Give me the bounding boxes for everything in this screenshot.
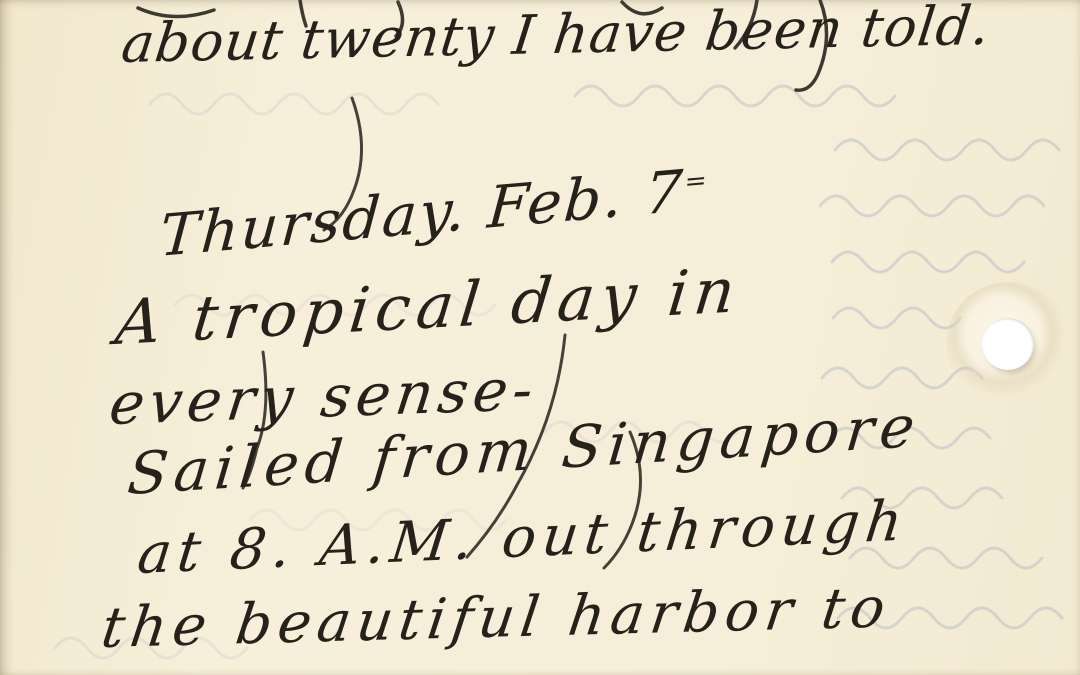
handwriting-line-2-date-heading: Thursday. Feb. 7= (158, 159, 708, 267)
diary-page-scan: about twenty I have been told. Thursday.… (0, 0, 1080, 675)
date-text: Thursday. Feb. 7 (158, 157, 687, 270)
handwriting-line-6: at 8. A.M. out through (135, 493, 912, 585)
handwriting-line-7: the beautiful harbor to (98, 579, 894, 658)
punch-hole (982, 318, 1034, 370)
handwriting-line-1: about twenty I have been told. (119, 0, 994, 73)
date-superscript-mark: = (684, 166, 708, 198)
handwriting-line-3: A tropical day in (113, 258, 744, 355)
